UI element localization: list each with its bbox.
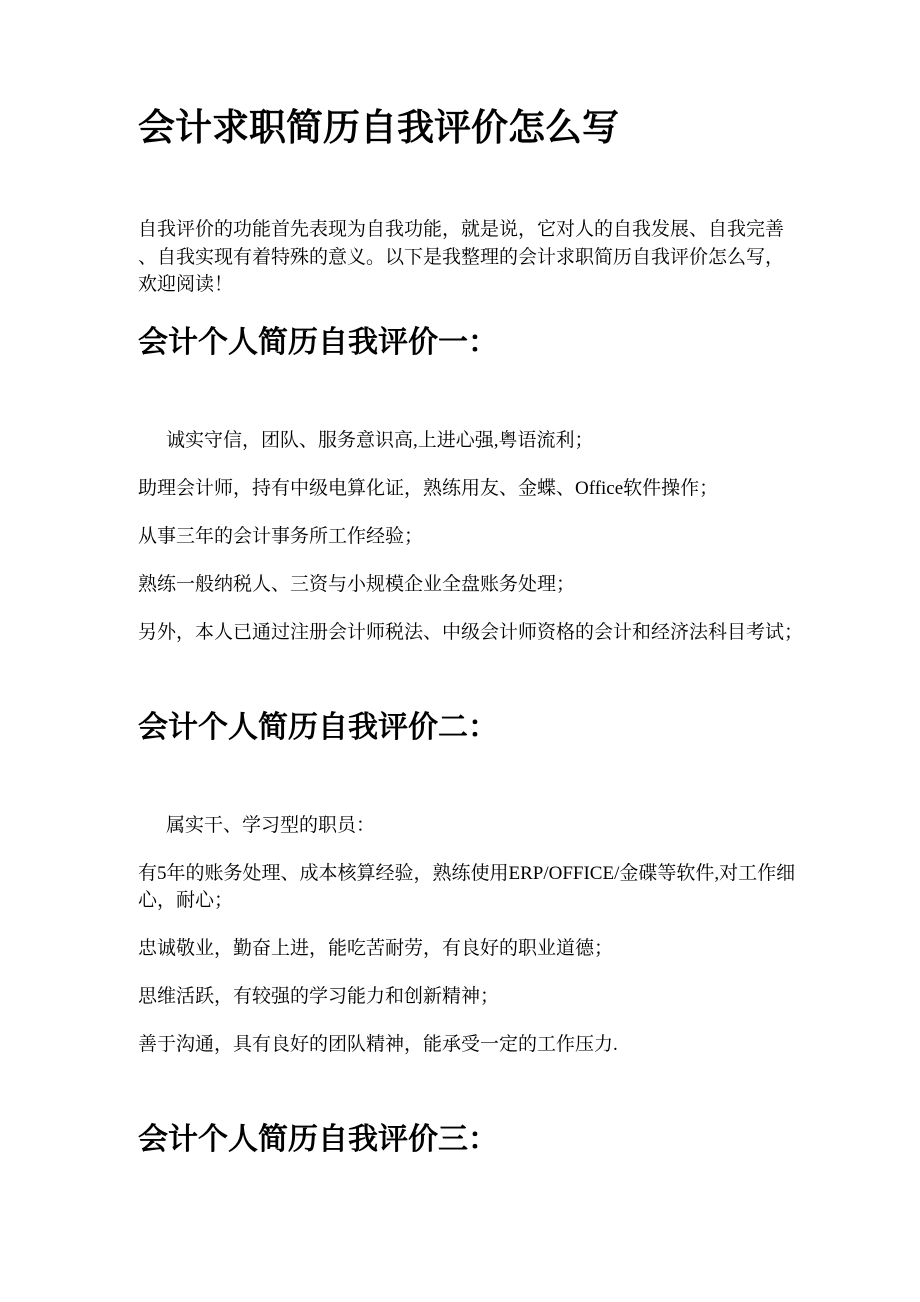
document-page: 会计求职简历自我评价怎么写 自我评价的功能首先表现为自我功能，就是说，它对人的自… (0, 0, 920, 1302)
section-1-paragraph: 从事三年的会计事务所工作经验； (138, 523, 842, 550)
section-2-paragraph: 忠诚敬业，勤奋上进，能吃苦耐劳，有良好的职业道德； (138, 935, 842, 962)
section-2-paragraph: 有5年的账务处理、成本核算经验，熟练使用ERP/OFFICE/金碟等软件,对工作… (138, 860, 842, 914)
section-2-paragraph: 善于沟通，具有良好的团队精神，能承受一定的工作压力. (138, 1031, 842, 1058)
section-2-heading: 会计个人简历自我评价二： (138, 710, 842, 746)
section-1-paragraph: 诚实守信，团队、服务意识高,上进心强,粤语流利； (138, 427, 842, 454)
section-1-paragraph: 另外，本人已通过注册会计师税法、中级会计师资格的会计和经济法科目考试； (138, 619, 842, 646)
intro-paragraph: 自我评价的功能首先表现为自我功能，就是说，它对人的自我发展、自我完善 、自我实现… (138, 216, 842, 299)
document-title: 会计求职简历自我评价怎么写 (138, 106, 842, 152)
section-3-heading: 会计个人简历自我评价三： (138, 1122, 842, 1158)
section-2-paragraph: 思维活跃，有较强的学习能力和创新精神； (138, 983, 842, 1010)
section-1-heading: 会计个人简历自我评价一： (138, 325, 842, 361)
section-1-paragraph: 熟练一般纳税人、三资与小规模企业全盘账务处理； (138, 571, 842, 598)
section-2-paragraph: 属实干、学习型的职员： (138, 812, 842, 839)
section-1-paragraph: 助理会计师，持有中级电算化证，熟练用友、金蝶、Office软件操作； (138, 475, 842, 502)
